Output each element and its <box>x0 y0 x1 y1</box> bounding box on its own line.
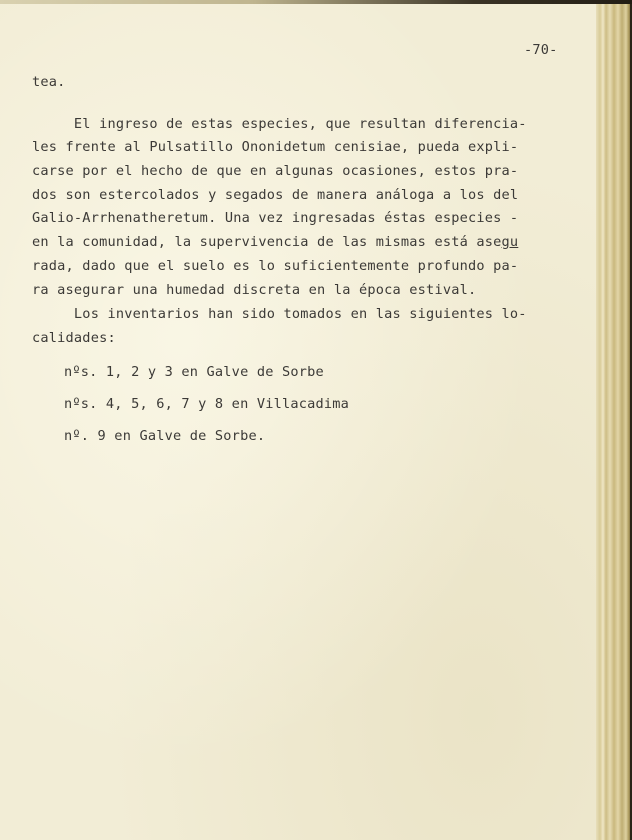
text-line: ra asegurar una humedad discreta en la é… <box>32 282 476 298</box>
text-line: les frente al Pulsatillo Ononidetum ceni… <box>32 139 518 155</box>
text-line: rada, dado que el suelo es lo suficiente… <box>32 258 518 274</box>
text-line: en la comunidad, la supervivencia de las… <box>32 234 518 250</box>
text-line: Los inventarios han sido tomados en las … <box>32 306 527 322</box>
binding-edge <box>0 0 632 4</box>
page-stack-edge <box>596 0 632 840</box>
text-line: tea. <box>32 74 66 90</box>
line-text: en la comunidad, la supervivencia de las… <box>32 234 502 250</box>
text-line: calidades: <box>32 330 116 346</box>
locality-item: nºs. 1, 2 y 3 en Galve de Sorbe <box>64 364 324 380</box>
text-line: dos son estercolados y segados de manera… <box>32 187 518 203</box>
underlined-fragment: gu <box>502 234 519 250</box>
text-line: Galio-Arrhenatheretum. Una vez ingresada… <box>32 210 518 226</box>
scanned-page: -70- tea. El ingreso de estas especies, … <box>0 0 632 840</box>
text-line: El ingreso de estas especies, que result… <box>32 116 527 132</box>
locality-item: nºs. 4, 5, 6, 7 y 8 en Villacadima <box>64 396 349 412</box>
locality-item: nº. 9 en Galve de Sorbe. <box>64 428 265 444</box>
page-number: -70- <box>524 42 558 58</box>
text-line: carse por el hecho de que en algunas oca… <box>32 163 518 179</box>
